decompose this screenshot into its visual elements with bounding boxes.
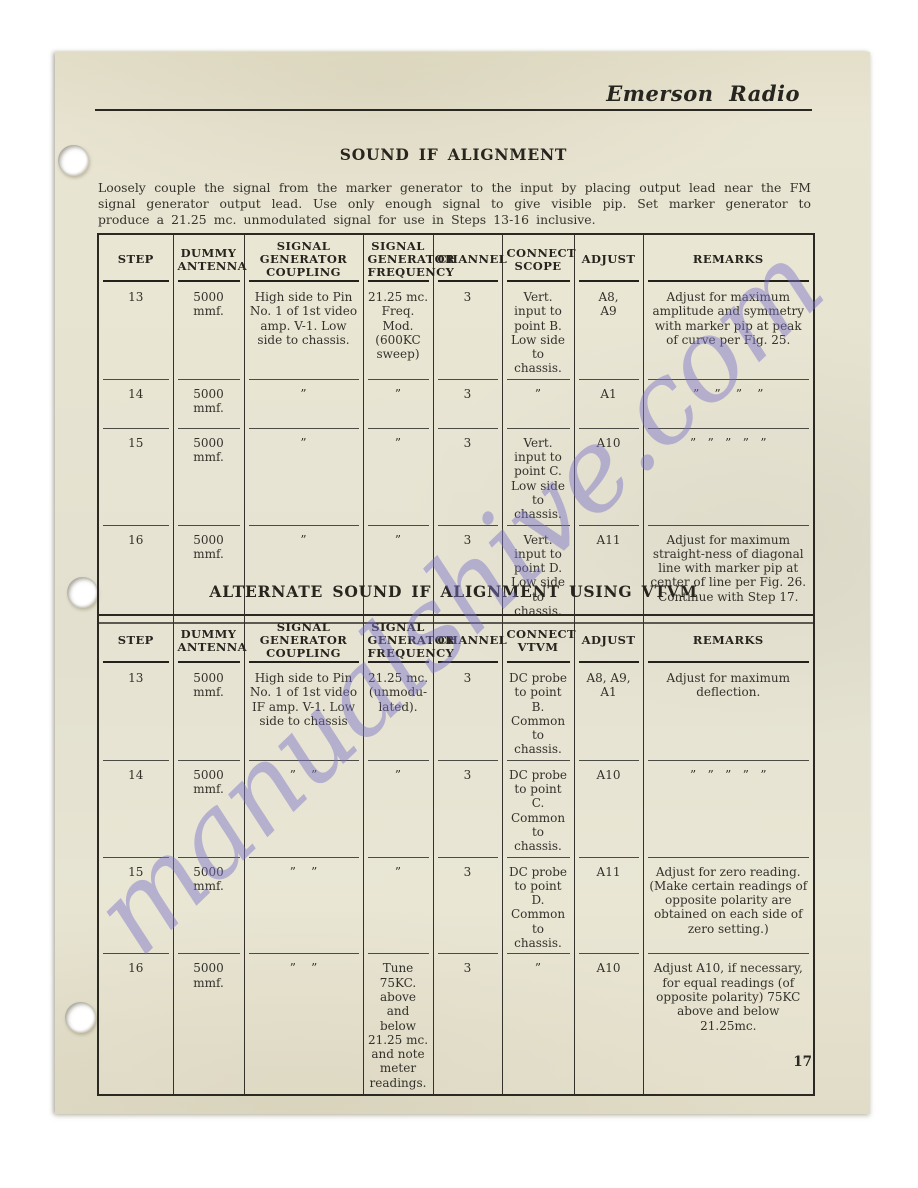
- table-row: 135000 mmf.High side to Pin No. 1 of 1st…: [98, 283, 814, 380]
- table-row: 145000 mmf.””3”A1” ” ” ”: [98, 380, 814, 429]
- table-cell: 5000 mmf.: [173, 283, 244, 380]
- column-header: SIGNAL GENERATOR COUPLING: [244, 615, 363, 664]
- table-cell: ”: [363, 526, 433, 624]
- table-cell: Vert. input to point D. Low side to chas…: [502, 526, 574, 624]
- table-row: 135000 mmf.High side to Pin No. 1 of 1st…: [98, 664, 814, 761]
- punch-hole-bottom: [65, 1002, 96, 1033]
- table-cell: A10: [574, 429, 643, 526]
- table-cell: Adjust for maximum straight-ness of diag…: [643, 526, 814, 624]
- table-cell: 3: [433, 664, 502, 761]
- table-cell: 5000 mmf.: [173, 380, 244, 429]
- table-cell: DC probe to point B. Common to chassis.: [502, 664, 574, 761]
- table-cell: ”: [502, 380, 574, 429]
- table-cell: DC probe to point C. Common to chassis.: [502, 761, 574, 858]
- scanned-manual-page: Emerson Radio SOUND IF ALIGNMENT Loosely…: [55, 52, 870, 1114]
- alternate-sound-if-alignment-table: STEPDUMMY ANTENNASIGNAL GENERATOR COUPLI…: [97, 614, 815, 1096]
- punch-hole-top: [58, 145, 89, 176]
- table-cell: DC probe to point D. Common to chassis.: [502, 858, 574, 955]
- sound-if-alignment-table: STEPDUMMY ANTENNASIGNAL GENERATOR COUPLI…: [97, 233, 815, 624]
- table-row: 165000 mmf.””3Vert. input to point D. Lo…: [98, 526, 814, 624]
- column-header: ADJUST: [574, 615, 643, 664]
- table-cell: ”: [244, 429, 363, 526]
- table-cell: 3: [433, 526, 502, 624]
- column-header: DUMMY ANTENNA: [173, 234, 244, 283]
- table-row: 155000 mmf.””3Vert. input to point C. Lo…: [98, 429, 814, 526]
- table-cell: 3: [433, 858, 502, 955]
- table-cell: ”: [363, 761, 433, 858]
- table-cell: Vert. input to point C. Low side to chas…: [502, 429, 574, 526]
- table-cell: 5000 mmf.: [173, 761, 244, 858]
- table-cell: 5000 mmf.: [173, 858, 244, 955]
- header-rule: [95, 109, 812, 111]
- table-cell: 3: [433, 283, 502, 380]
- table-cell: 21.25 mc. (unmodu-lated).: [363, 664, 433, 761]
- table-cell: High side to Pin No. 1 of 1st video IF a…: [244, 664, 363, 761]
- table-cell: A1: [574, 380, 643, 429]
- table-cell: 3: [433, 429, 502, 526]
- table-cell: A11: [574, 858, 643, 955]
- section1-title: SOUND IF ALIGNMENT: [95, 145, 812, 164]
- section1-intro-paragraph: Loosely couple the signal from the marke…: [98, 180, 811, 227]
- column-header: CHANNEL: [433, 234, 502, 283]
- table-cell: ”: [363, 858, 433, 955]
- table-cell: ” ” ” ” ”: [643, 429, 814, 526]
- table-cell: A10: [574, 761, 643, 858]
- column-header: REMARKS: [643, 234, 814, 283]
- column-header: ADJUST: [574, 234, 643, 283]
- table-cell: 3: [433, 761, 502, 858]
- table-cell: Adjust A10, if necessary, for equal read…: [643, 954, 814, 1095]
- table-cell: 3: [433, 380, 502, 429]
- table-cell: Tune 75KC. above and below 21.25 mc. and…: [363, 954, 433, 1095]
- column-header: STEP: [98, 615, 173, 664]
- table-cell: 5000 mmf.: [173, 429, 244, 526]
- column-header: CONNECT SCOPE: [502, 234, 574, 283]
- table-cell: ”: [244, 526, 363, 624]
- punch-hole-middle: [67, 577, 98, 608]
- column-header: CHANNEL: [433, 615, 502, 664]
- table-cell: A11: [574, 526, 643, 624]
- column-header: SIGNAL GENERATOR FREQUENCY: [363, 234, 433, 283]
- table-cell: ”: [363, 429, 433, 526]
- table-cell: A10: [574, 954, 643, 1095]
- table-cell: 5000 mmf.: [173, 954, 244, 1095]
- table-cell: 13: [98, 283, 173, 380]
- table-cell: 15: [98, 429, 173, 526]
- column-header: STEP: [98, 234, 173, 283]
- table-row: 165000 mmf.” ”Tune 75KC. above and below…: [98, 954, 814, 1095]
- column-header: SIGNAL GENERATOR FREQUENCY: [363, 615, 433, 664]
- page-number: 17: [793, 1054, 812, 1070]
- table-cell: High side to Pin No. 1 of 1st video amp.…: [244, 283, 363, 380]
- table-cell: ” ”: [244, 954, 363, 1095]
- table-cell: ” ” ” ” ”: [643, 761, 814, 858]
- column-header: REMARKS: [643, 615, 814, 664]
- table-cell: 14: [98, 380, 173, 429]
- table-cell: 5000 mmf.: [173, 526, 244, 624]
- section2-title: ALTERNATE SOUND IF ALIGNMENT USING VTVM: [95, 582, 812, 601]
- table-cell: 16: [98, 954, 173, 1095]
- table-cell: 14: [98, 761, 173, 858]
- header-row: STEPDUMMY ANTENNASIGNAL GENERATOR COUPLI…: [98, 234, 814, 283]
- table-cell: 13: [98, 664, 173, 761]
- table-row: 145000 mmf.” ””3DC probe to point C. Com…: [98, 761, 814, 858]
- table-cell: 15: [98, 858, 173, 955]
- column-header: SIGNAL GENERATOR COUPLING: [244, 234, 363, 283]
- table-cell: Adjust for maximum deflection.: [643, 664, 814, 761]
- table-cell: 3: [433, 954, 502, 1095]
- table-cell: Adjust for maximum amplitude and symmetr…: [643, 283, 814, 380]
- table-cell: ” ” ” ”: [643, 380, 814, 429]
- table-cell: ”: [363, 380, 433, 429]
- column-header: DUMMY ANTENNA: [173, 615, 244, 664]
- table-cell: Vert. input to point B. Low side to chas…: [502, 283, 574, 380]
- table-cell: Adjust for zero reading. (Make certain r…: [643, 858, 814, 955]
- table-cell: ”: [244, 380, 363, 429]
- table-cell: 5000 mmf.: [173, 664, 244, 761]
- column-header: CONNECT VTVM: [502, 615, 574, 664]
- brand-header: Emerson Radio: [606, 81, 800, 106]
- table-cell: ” ”: [244, 761, 363, 858]
- table-cell: 16: [98, 526, 173, 624]
- table-cell: A8, A9, A1: [574, 664, 643, 761]
- table-cell: ” ”: [244, 858, 363, 955]
- table-cell: 21.25 mc. Freq. Mod. (600KC sweep): [363, 283, 433, 380]
- table-cell: ”: [502, 954, 574, 1095]
- table-cell: A8, A9: [574, 283, 643, 380]
- table-row: 155000 mmf.” ””3DC probe to point D. Com…: [98, 858, 814, 955]
- header-row: STEPDUMMY ANTENNASIGNAL GENERATOR COUPLI…: [98, 615, 814, 664]
